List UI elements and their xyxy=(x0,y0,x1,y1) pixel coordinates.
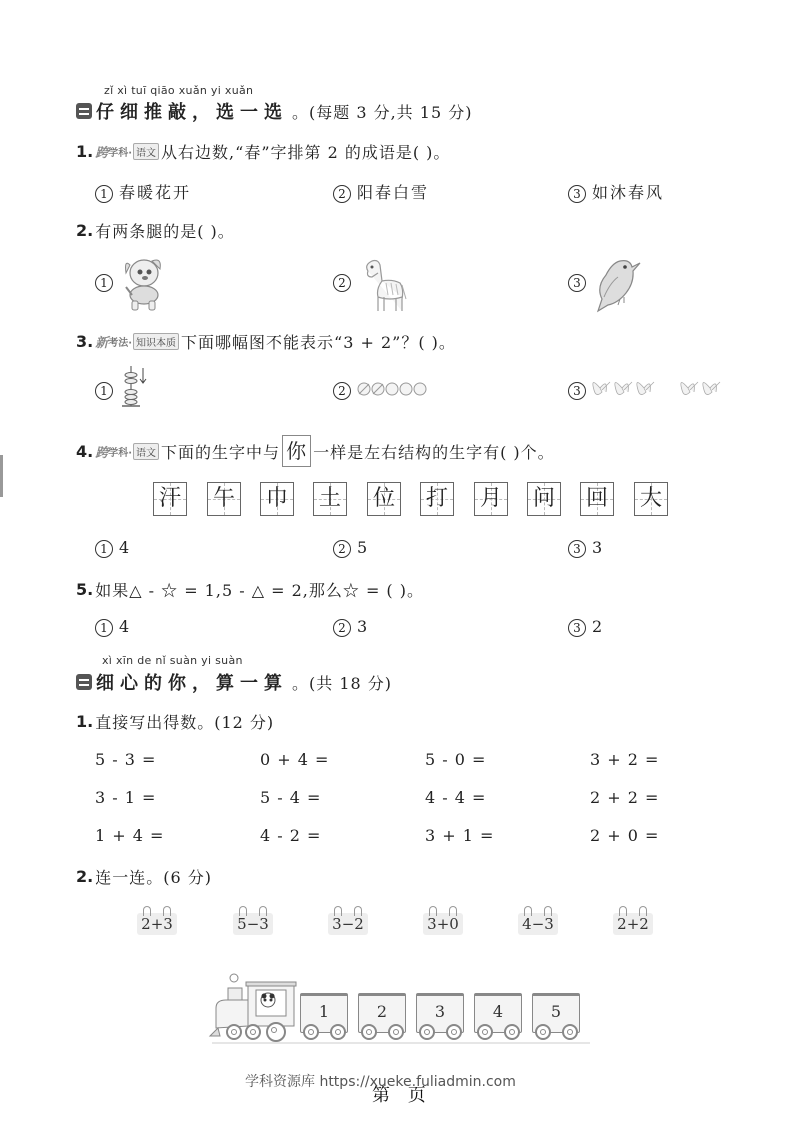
char-box: 问 xyxy=(527,482,561,516)
circles-image xyxy=(356,381,432,397)
cross-subject-tag: 跨学科·语文 xyxy=(95,142,159,161)
calc-item[interactable]: 5 - 0 = xyxy=(425,750,486,769)
calc-item[interactable]: 5 - 4 = xyxy=(260,788,321,807)
section2-score: 。(共 18 分) xyxy=(292,671,392,694)
expression-card[interactable]: 2+3 xyxy=(137,913,177,935)
calc-question-1: 1. 直接写出得数。(12 分) xyxy=(76,710,274,733)
puppy-image xyxy=(118,255,168,313)
q2-option-2[interactable]: 2 xyxy=(333,272,357,292)
question-text: 如果△ - ☆ = 1,5 - △ = 2,那么☆ = ( )。 xyxy=(95,578,424,601)
question-text: 有两条腿的是( )。 xyxy=(95,219,235,242)
question-3: 3. 新考法·知识本质 下面哪幅图不能表示“3 + 2”？( )。 xyxy=(76,330,456,353)
calc-item[interactable]: 2 + 0 = xyxy=(590,826,659,845)
wheel xyxy=(226,1024,242,1040)
wheel xyxy=(266,1022,286,1042)
calc-item[interactable]: 3 + 1 = xyxy=(425,826,494,845)
q3-option-3[interactable]: 3 xyxy=(568,380,592,400)
wheel xyxy=(446,1024,462,1040)
q4-option-2[interactable]: 25 xyxy=(333,538,369,558)
wheel xyxy=(535,1024,551,1040)
section-number-two-icon xyxy=(76,103,92,119)
bird-image xyxy=(590,253,642,313)
section-number-three-icon xyxy=(76,674,92,690)
q4-option-1[interactable]: 14 xyxy=(95,538,131,558)
question-number: 1. xyxy=(76,142,93,161)
wheel xyxy=(477,1024,493,1040)
char-box: 位 xyxy=(367,482,401,516)
wheel xyxy=(303,1024,319,1040)
binding-mark xyxy=(0,455,3,497)
page-number-label: 第 页 xyxy=(372,1081,432,1107)
wheel xyxy=(330,1024,346,1040)
char-box: 午 xyxy=(207,482,241,516)
char-box: 大 xyxy=(634,482,668,516)
wheel xyxy=(361,1024,377,1040)
calc-item[interactable]: 3 + 2 = xyxy=(590,750,659,769)
q2-option-1[interactable]: 1 xyxy=(95,272,119,292)
wheel xyxy=(388,1024,404,1040)
calc-item[interactable]: 1 + 4 = xyxy=(95,826,164,845)
question-4: 4. 跨学科·语文 下面的生字中与 你 一样是左右结构的生字有( )个。 xyxy=(76,435,555,467)
reference-char-box: 你 xyxy=(282,435,311,467)
section2-title: 细心的你，算一算 xyxy=(96,669,288,695)
question-text: 下面哪幅图不能表示“3 + 2”？( )。 xyxy=(181,330,456,353)
expression-card[interactable]: 2+2 xyxy=(613,913,653,935)
question-1: 1. 跨学科·语文 从右边数,“春”字排第 2 的成语是( )。 xyxy=(76,140,450,163)
new-method-tag: 新考法·知识本质 xyxy=(95,332,179,351)
char-box: 打 xyxy=(420,482,454,516)
section1-title: 仔细推敲，选一选 xyxy=(96,98,288,124)
section1-heading: 仔细推敲，选一选 。(每题 3 分,共 15 分) xyxy=(76,98,472,124)
char-box: 回 xyxy=(580,482,614,516)
wheel xyxy=(504,1024,520,1040)
q2-option-3[interactable]: 3 xyxy=(568,272,592,292)
expression-card[interactable]: 3+0 xyxy=(423,913,463,935)
question-text: 直接写出得数。(12 分) xyxy=(95,710,274,733)
calc-item[interactable]: 5 - 3 = xyxy=(95,750,156,769)
wheel xyxy=(562,1024,578,1040)
section1-pinyin: zǐ xì tuī qiāo xuǎn yi xuǎn xyxy=(104,84,253,97)
expression-card[interactable]: 3−2 xyxy=(328,913,368,935)
section2-heading: 细心的你，算一算 。(共 18 分) xyxy=(76,669,392,695)
q5-option-2[interactable]: 23 xyxy=(333,617,369,637)
wheel xyxy=(245,1024,261,1040)
q1-option-3[interactable]: 3如沐春风 xyxy=(568,180,664,203)
q3-option-2[interactable]: 2 xyxy=(333,380,357,400)
calc-item[interactable]: 2 + 2 = xyxy=(590,788,659,807)
wheel xyxy=(419,1024,435,1040)
q4-option-3[interactable]: 33 xyxy=(568,538,604,558)
question-text-before: 下面的生字中与 xyxy=(161,440,280,463)
question-2: 2. 有两条腿的是( )。 xyxy=(76,219,235,242)
char-box: 巾 xyxy=(260,482,294,516)
calc-question-2: 2. 连一连。(6 分) xyxy=(76,865,212,888)
abacus-image xyxy=(118,364,148,410)
expression-card[interactable]: 4−3 xyxy=(518,913,558,935)
calc-item[interactable]: 0 + 4 = xyxy=(260,750,329,769)
q5-option-1[interactable]: 14 xyxy=(95,617,131,637)
calc-item[interactable]: 3 - 1 = xyxy=(95,788,156,807)
section1-score: 。(每题 3 分,共 15 分) xyxy=(292,100,472,123)
calc-item[interactable]: 4 - 2 = xyxy=(260,826,321,845)
section2-pinyin: xì xīn de nǐ suàn yi suàn xyxy=(102,654,243,667)
question-text-after: 一样是左右结构的生字有( )个。 xyxy=(313,440,555,463)
question-text: 从右边数,“春”字排第 2 的成语是( )。 xyxy=(161,140,450,163)
q1-option-2[interactable]: 2阳春白雪 xyxy=(333,180,429,203)
char-box: 月 xyxy=(474,482,508,516)
rail-shadow xyxy=(212,1042,590,1044)
cross-subject-tag: 跨学科·语文 xyxy=(95,442,159,461)
question-5: 5. 如果△ - ☆ = 1,5 - △ = 2,那么☆ = ( )。 xyxy=(76,578,424,601)
zebra-image xyxy=(360,255,408,315)
q3-option-1[interactable]: 1 xyxy=(95,380,119,400)
char-box: 土 xyxy=(313,482,347,516)
q1-option-1[interactable]: 1春暖花开 xyxy=(95,180,191,203)
expression-card[interactable]: 5−3 xyxy=(233,913,273,935)
calc-item[interactable]: 4 - 4 = xyxy=(425,788,486,807)
q5-option-3[interactable]: 32 xyxy=(568,617,604,637)
question-text: 连一连。(6 分) xyxy=(95,865,212,888)
char-box: 汗 xyxy=(153,482,187,516)
butterflies-image xyxy=(590,376,730,400)
